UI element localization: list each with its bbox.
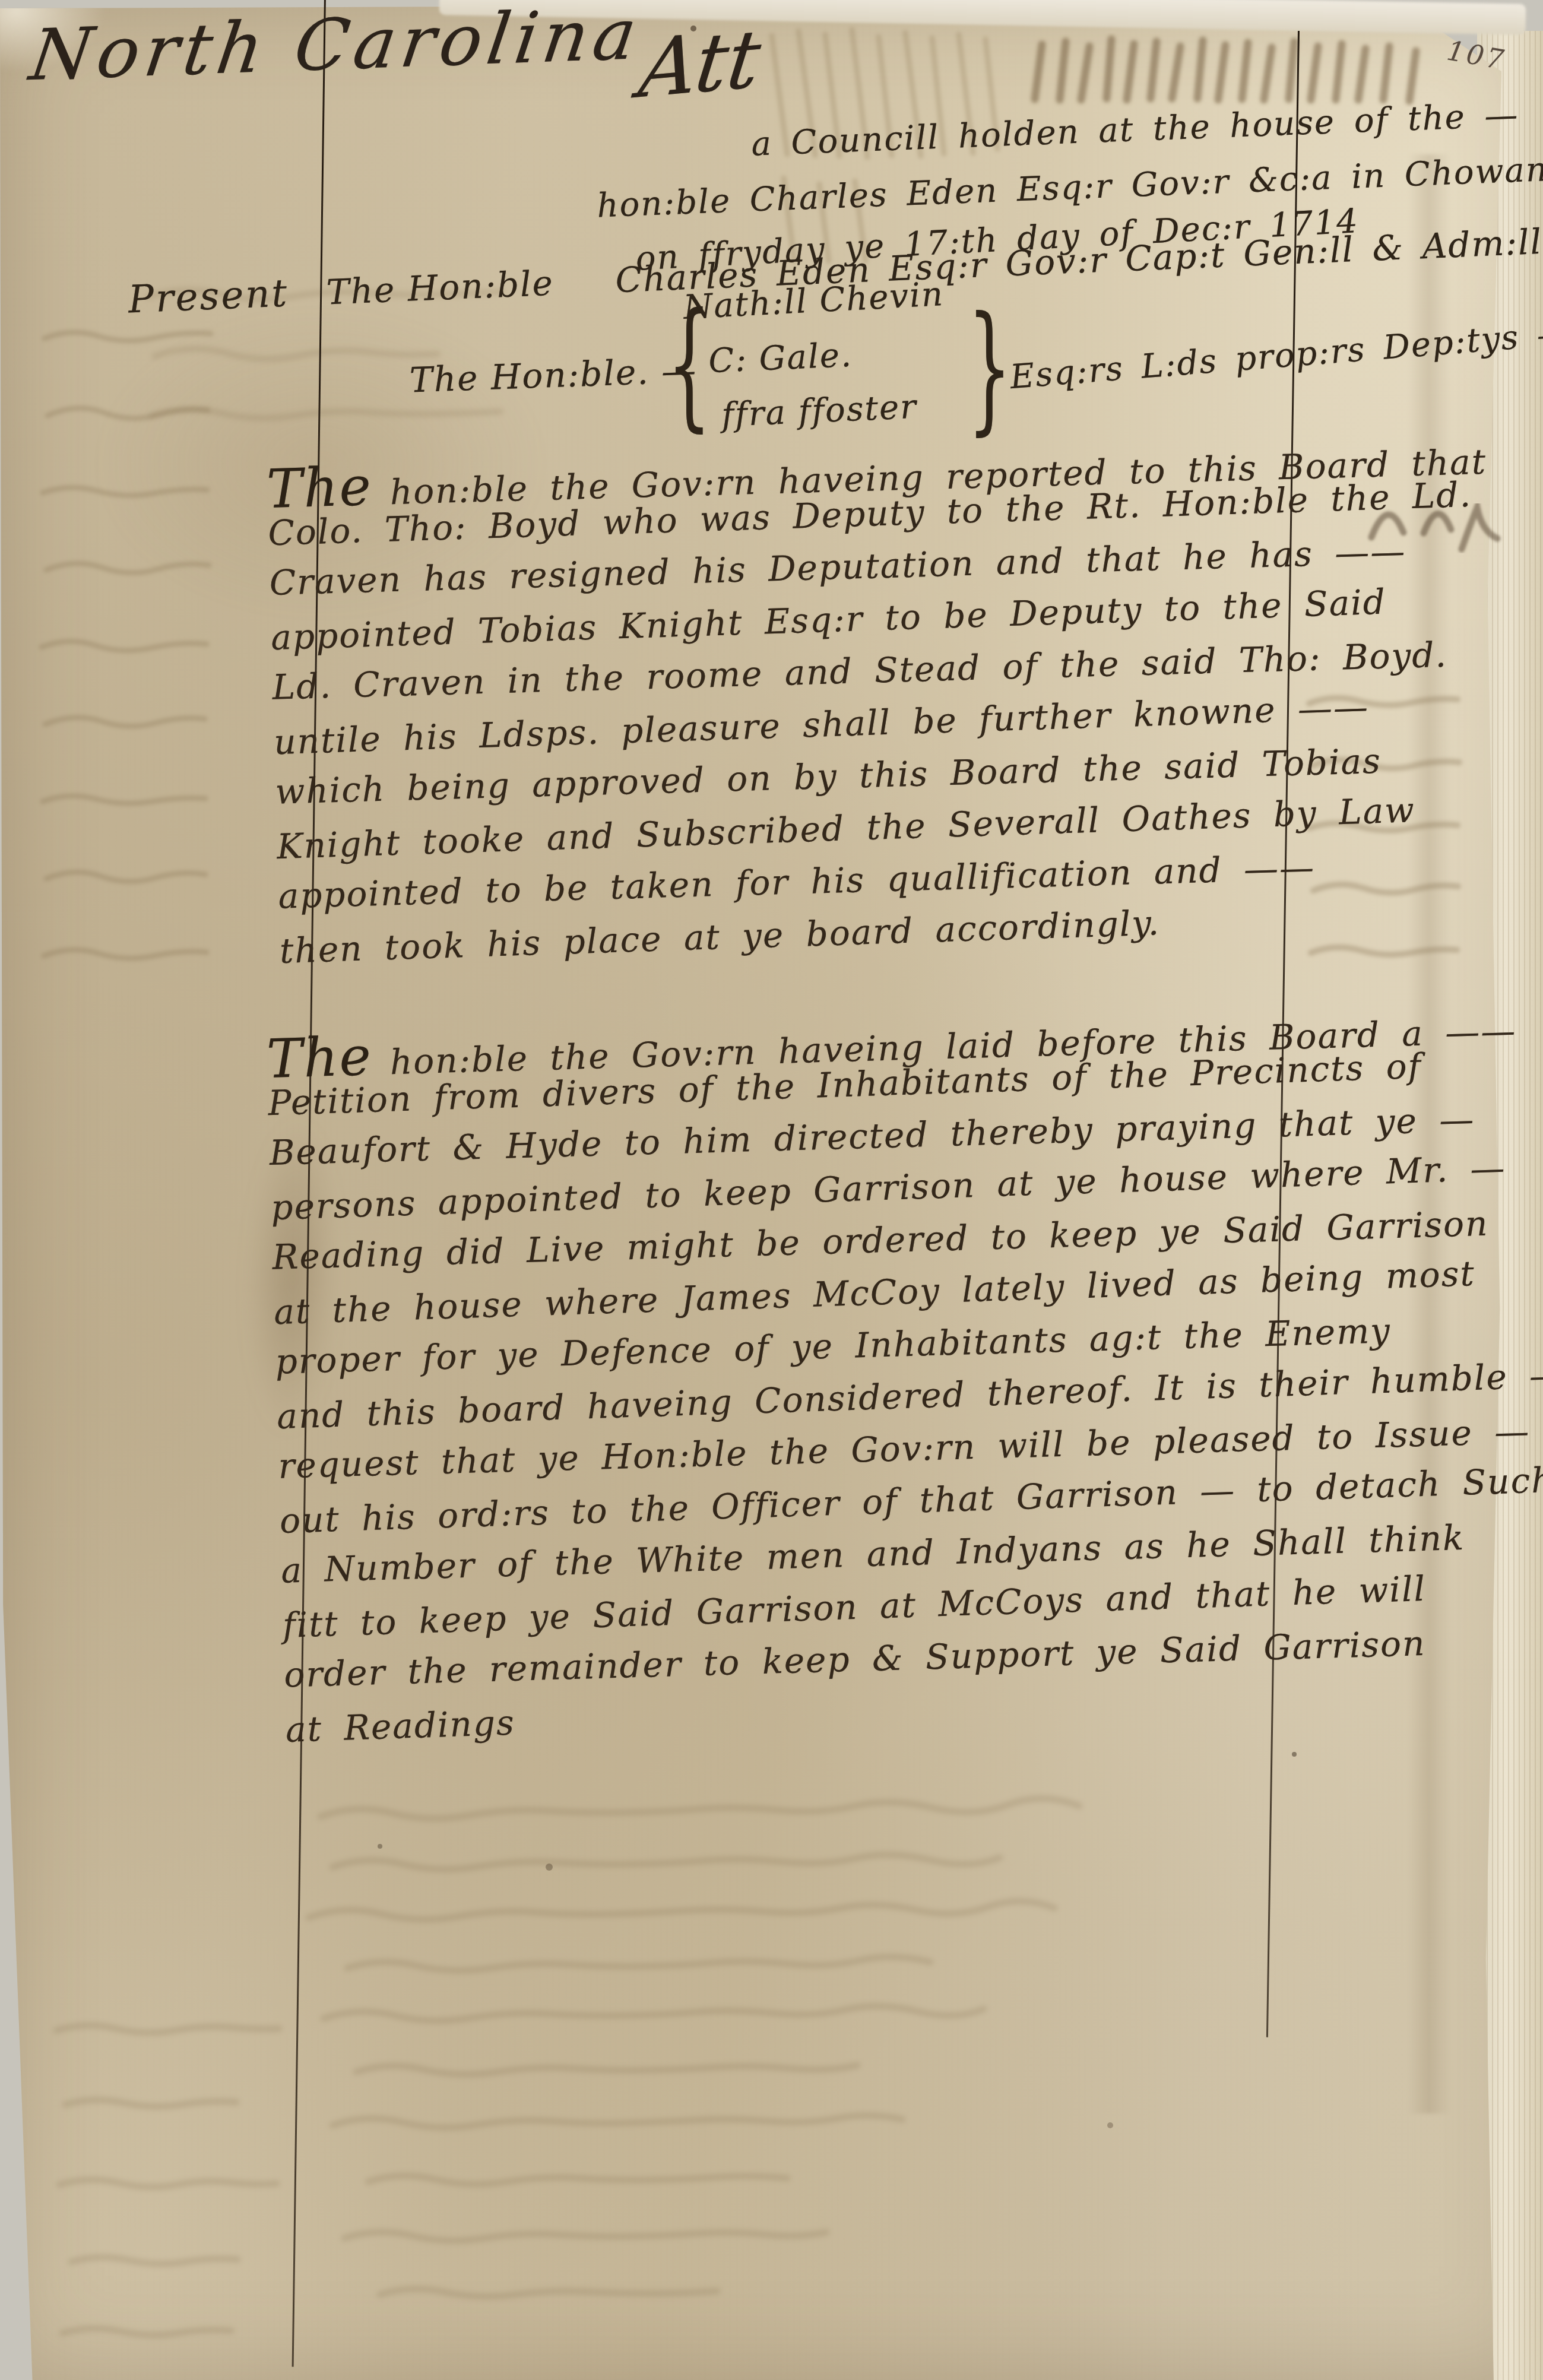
bleed-lines-bottom	[56, 1798, 1079, 2335]
paragraph-knight-appointment: The hon:ble the Gov:rn haveing reported …	[266, 425, 1479, 981]
att-flourish: Att	[635, 12, 766, 116]
present-label: Present	[127, 271, 289, 322]
present-honorific: The Hon:ble	[326, 263, 555, 313]
bleed-lines-left-column	[42, 332, 211, 958]
brace-close-glyph: }	[967, 298, 1012, 438]
manuscript-scan: North Carolina Att 107 a Councill holden…	[0, 0, 1543, 2380]
paragraph-garrison-petition: The hon:ble the Gov:rn haveing laid befo…	[266, 995, 1485, 1760]
bleed-marks-top-right	[1035, 39, 1416, 101]
council-members-list: Nath:ll Chevin C: Gale. ffra ffoster	[684, 289, 945, 452]
